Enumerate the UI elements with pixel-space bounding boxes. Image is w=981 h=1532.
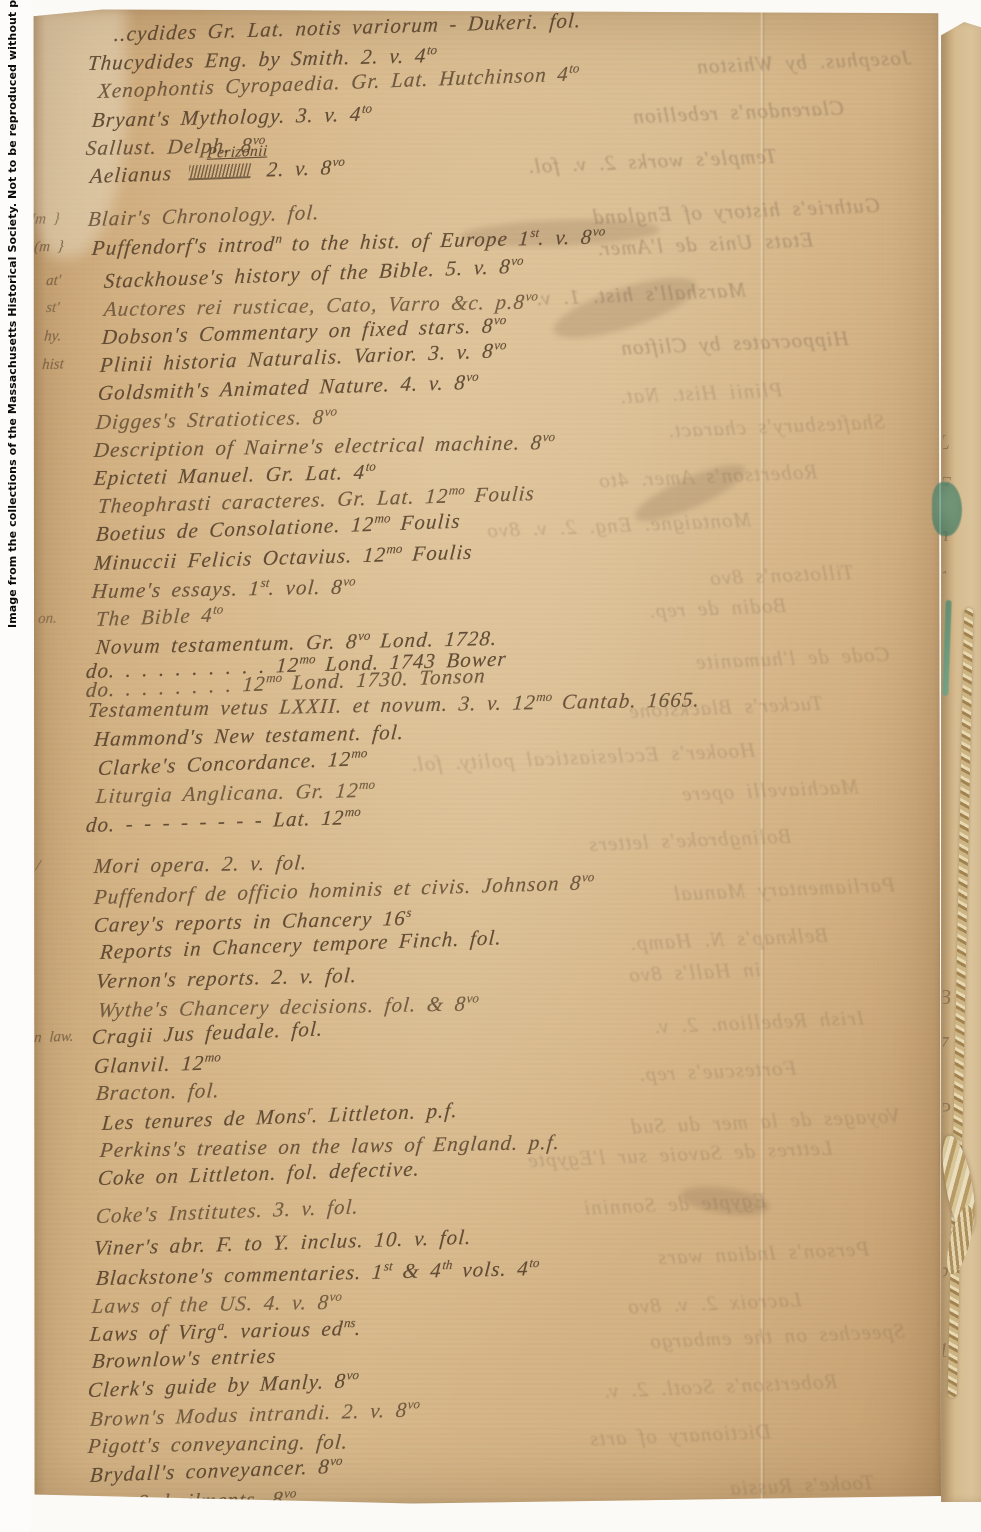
margin-annotation: hy.	[43, 328, 61, 346]
catalog-entry: Blair's Chronology. fol.Im }	[87, 200, 321, 232]
entry-list: ..cydides Gr. Lat. notis variorum - Duke…	[30, 8, 941, 1505]
wax-stain	[932, 482, 962, 536]
manuscript-scan: { "copyright_notice": "Image from the co…	[0, 0, 981, 1532]
edge-letter-fragment: 7	[941, 1032, 949, 1057]
catalog-entry: Blackstone's commentaries. 1st & 4th vol…	[95, 1255, 540, 1291]
edge-letter-fragment: B	[941, 985, 951, 1010]
catalog-entry: Glanvil. 12mo	[93, 1049, 221, 1079]
margin-annotation: on.	[38, 610, 58, 628]
catalog-entry: 'res & bailments. 8vo	[91, 1486, 297, 1505]
catalog-entry: Viner's abr. F. to Y. inclus. 10. v. fol…	[93, 1225, 472, 1261]
catalog-entry: Laws of the US. 4. v. 8vo	[91, 1288, 343, 1318]
margin-annotation: n law.	[34, 1029, 75, 1048]
catalog-entry: Hume's essays. 1st. vol. 8vo	[91, 573, 356, 604]
inserted-word: Perizonii	[207, 142, 269, 162]
margin-annotation: at'	[46, 272, 62, 290]
edge-letter-fragment: P	[941, 1098, 951, 1123]
catalog-entry: Perkins's treatise on the laws of Englan…	[99, 1130, 561, 1163]
catalog-entry: Vernon's reports. 2. v. fol.	[95, 963, 358, 994]
catalog-entry: Digges's Stratiotices. 8vo	[95, 403, 338, 435]
margin-annotation: (m }	[33, 239, 64, 257]
margin-annotation: hist	[42, 356, 65, 374]
margin-annotation: Im }	[30, 211, 60, 229]
catalog-entry: Coke's Institutes. 3. v. fol.	[95, 1195, 360, 1230]
catalog-entry: Brownlow's entries	[91, 1344, 277, 1375]
catalog-entry: Bryant's Mythology. 3. v. 4to	[91, 100, 373, 132]
catalog-entry: The Bible 4toon.	[95, 601, 224, 632]
edge-letter-fragment: L	[941, 430, 950, 455]
margin-annotation: /	[35, 858, 41, 875]
catalog-entry: Mori opera. 2. v. fol./	[93, 850, 309, 879]
edge-letter-fragment: r	[941, 562, 946, 587]
catalog-entry: do. - - - - - - - - Lat. 12mo	[85, 803, 361, 837]
copyright-notice: Image from the collections of the Massac…	[6, 0, 19, 628]
catalog-entry: Bracton. fol.	[95, 1079, 221, 1107]
catalog-entry: Laws of Virga. various edns.	[89, 1315, 363, 1347]
margin-annotation: st'	[45, 300, 60, 317]
copyright-strip: Image from the collections of the Massac…	[0, 0, 30, 1532]
manuscript-page: Josephus. by WhistonClarendon's rebellio…	[30, 8, 941, 1505]
catalog-entry: Description of Nairne's electrical machi…	[93, 429, 556, 463]
scribble-strikeout	[188, 163, 251, 180]
edge-letter-fragment: 1	[941, 1338, 949, 1363]
catalog-entry: ..cydides Gr. Lat. notis variorum - Duke…	[113, 8, 582, 47]
